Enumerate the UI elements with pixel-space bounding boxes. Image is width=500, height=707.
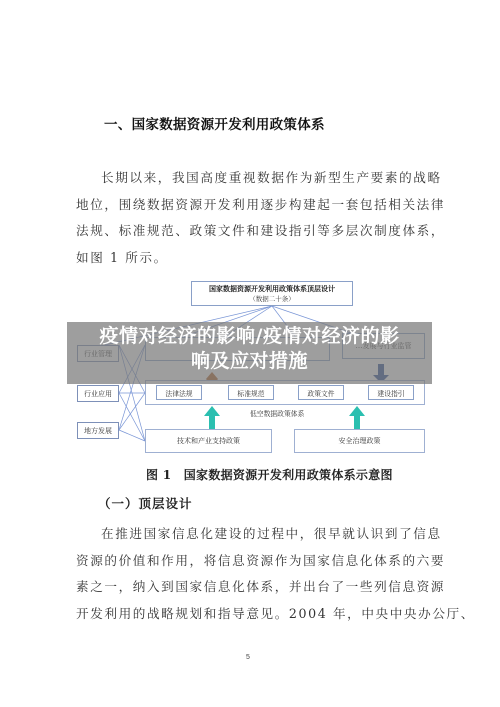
inner-box-guidelines: 建设指引 [368, 385, 414, 400]
overlay-title: 疫情对经济的影响/疫情对经济的影 响及应对措施 [67, 324, 432, 374]
system-label: 低空数据政策体系 [250, 408, 304, 418]
security-governance-policy-box: 安全治理政策 [294, 429, 425, 453]
top-design-paragraph: 在推进国家信息化建设的过程中，很早就认识到了信息 资源的价值和作用，将信息资源作… [76, 521, 428, 627]
paragraph-line: 开发利用的战略规划和指导意见。2004 年，中央中央办公厅、 [76, 601, 428, 628]
inner-box-policy-docs: 政策文件 [298, 385, 344, 400]
overlay-title-line1: 疫情对经济的影响/疫情对经济的影 [67, 324, 432, 349]
inner-box-laws: 法律法规 [156, 385, 202, 400]
page-number: 5 [246, 654, 250, 661]
inner-box-standards: 标准规范 [228, 385, 274, 400]
left-box-industry-application: 行业应用 [77, 385, 119, 402]
paragraph-line: 在推进国家信息化建设的过程中，很早就认识到了信息 [76, 521, 428, 548]
tech-industry-policy-box: 技术和产业支持政策 [145, 429, 272, 453]
top-box-subtitle: （数据二十条） [249, 294, 295, 304]
subsection-title: （一）顶层设计 [98, 494, 193, 512]
paragraph-line: 素之一，纳入到国家信息化体系，并出台了一些列信息资源 [76, 574, 428, 601]
left-box-local-development: 地方发展 [77, 422, 119, 439]
overlay-title-line2: 响及应对措施 [67, 349, 432, 374]
top-design-box: 国家数据资源开发利用政策体系顶层设计 （数据二十条） [191, 281, 353, 306]
figure-caption: 图 1 国家数据资源开发利用政策体系示意图 [146, 466, 393, 483]
paragraph-line: 资源的价值和作用，将信息资源作为国家信息化体系的六要 [76, 548, 428, 575]
top-box-title: 国家数据资源开发利用政策体系顶层设计 [209, 284, 335, 294]
